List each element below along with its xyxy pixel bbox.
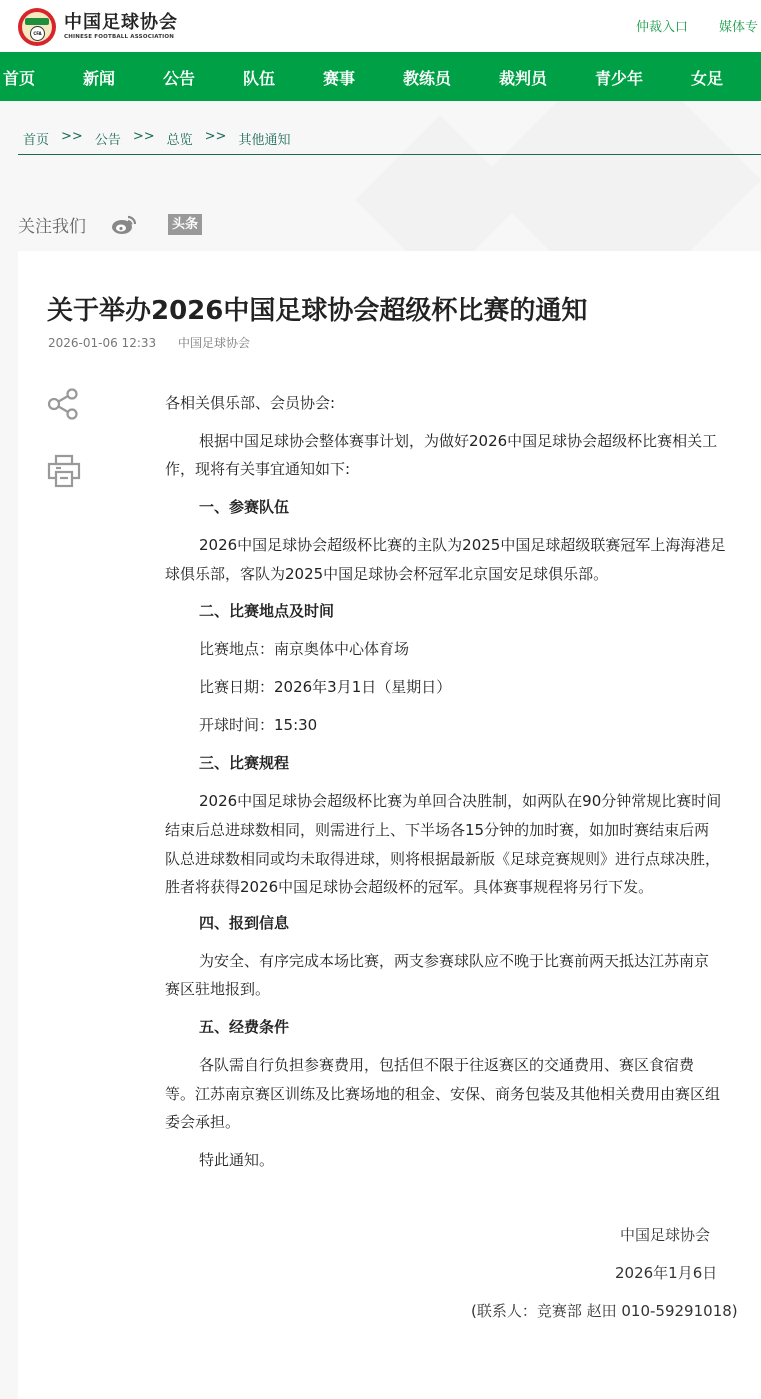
section-heading-registration: 四、报到信息 xyxy=(165,908,289,938)
cfa-badge-icon: CFA xyxy=(18,8,56,46)
kickoff-time: 开球时间：15:30 xyxy=(165,710,317,740)
logo-title-cn: 中国足球协会 xyxy=(64,13,178,33)
rules-paragraph-cont: 胜者将获得2026中国足球协会超级杯的冠军。具体赛事规程将另行下发。 xyxy=(165,872,653,902)
signature-date: 2026年1月6日 xyxy=(615,1258,717,1288)
nav-home[interactable]: 首页 xyxy=(3,66,35,89)
follow-us-label: 关注我们 xyxy=(18,212,86,237)
rules-paragraph: 2026中国足球协会超级杯比赛为单回合决胜制，如两队在90分钟常规比赛时间 xyxy=(165,786,721,816)
teams-paragraph: 2026中国足球协会超级杯比赛的主队为2025中国足球超级联赛冠军上海海港足 xyxy=(165,530,725,560)
signature-org: 中国足球协会 xyxy=(620,1220,710,1250)
teams-paragraph-cont: 球俱乐部，客队为2025中国足球协会杯冠军北京国安足球俱乐部。 xyxy=(165,559,608,589)
match-date: 比赛日期：2026年3月1日（星期日） xyxy=(165,672,451,702)
section-heading-expenses: 五、经费条件 xyxy=(165,1012,289,1042)
registration-paragraph: 为安全、有序完成本场比赛，两支参赛球队应不晚于比赛前两天抵达江苏南京 xyxy=(165,946,709,976)
closing: 特此通知。 xyxy=(165,1145,274,1175)
breadcrumb-announcements[interactable]: 公告 xyxy=(95,129,121,148)
section-heading-rules: 三、比赛规程 xyxy=(165,748,289,778)
article-title: 关于举办2026中国足球协会超级杯比赛的通知 xyxy=(47,290,587,327)
nav-announcements[interactable]: 公告 xyxy=(163,66,195,89)
top-links: 仲裁入口 媒体专 xyxy=(636,16,761,35)
breadcrumb-other-notices[interactable]: 其他通知 xyxy=(238,129,290,148)
cfa-logo[interactable]: CFA 中国足球协会 CHINESE FOOTBALL ASSOCIATION xyxy=(18,8,178,46)
rules-paragraph-cont: 结束后总进球数相同，则需进行上、下半场各15分钟的加时赛，如加时赛结束后两 xyxy=(165,815,709,845)
nav-women[interactable]: 女足 xyxy=(691,66,723,89)
section-heading-venue-time: 二、比赛地点及时间 xyxy=(165,596,334,626)
nav-youth[interactable]: 青少年 xyxy=(595,66,643,89)
venue: 比赛地点：南京奥体中心体育场 xyxy=(165,634,409,664)
registration-paragraph-cont: 赛区驻地报到。 xyxy=(165,974,270,1004)
toutiao-icon[interactable]: 头条 xyxy=(168,214,202,235)
weibo-icon[interactable] xyxy=(111,213,139,239)
nav-news[interactable]: 新闻 xyxy=(83,66,115,89)
article-source: 中国足球协会 xyxy=(178,336,250,350)
article-date: 2026-01-06 12:33 xyxy=(48,336,156,350)
article-meta: 2026-01-06 12:33 中国足球协会 xyxy=(48,334,250,351)
site-header: CFA 中国足球协会 CHINESE FOOTBALL ASSOCIATION … xyxy=(0,0,761,52)
main-nav: 首页 新闻 公告 队伍 赛事 教练员 裁判员 青少年 女足 xyxy=(0,52,761,101)
logo-title-en: CHINESE FOOTBALL ASSOCIATION xyxy=(64,33,178,41)
media-link[interactable]: 媒体专 xyxy=(719,16,758,35)
greeting: 各相关俱乐部、会员协会: xyxy=(165,388,335,418)
breadcrumb: 首页 >> 公告 >> 总览 >> 其他通知 xyxy=(23,129,290,148)
breadcrumb-separator: >> xyxy=(61,129,83,148)
share-icon[interactable] xyxy=(47,388,79,424)
section-heading-teams: 一、参赛队伍 xyxy=(165,492,289,522)
intro-paragraph: 根据中国足球协会整体赛事计划，为做好2026中国足球协会超级杯比赛相关工 xyxy=(165,426,717,456)
breadcrumb-home[interactable]: 首页 xyxy=(23,129,49,148)
expenses-paragraph-cont: 委会承担。 xyxy=(165,1107,240,1137)
arbitration-link[interactable]: 仲裁入口 xyxy=(636,16,688,35)
breadcrumb-divider xyxy=(18,154,761,155)
expenses-paragraph-cont: 等。江苏南京赛区训练及比赛场地的租金、安保、商务包装及其他相关费用由赛区组 xyxy=(165,1079,720,1109)
nav-referees[interactable]: 裁判员 xyxy=(499,66,547,89)
breadcrumb-separator: >> xyxy=(133,129,155,148)
rules-paragraph-cont: 队总进球数相同或均未取得进球，则将根据最新版《足球竞赛规则》进行点球决胜， xyxy=(165,844,720,874)
breadcrumb-separator: >> xyxy=(205,129,227,148)
contact-info: (联系人：竞赛部 赵田 010-59291018) xyxy=(471,1296,738,1326)
breadcrumb-overview[interactable]: 总览 xyxy=(167,129,193,148)
nav-coaches[interactable]: 教练员 xyxy=(403,66,451,89)
print-icon[interactable] xyxy=(47,454,81,492)
nav-teams[interactable]: 队伍 xyxy=(243,66,275,89)
article-card: 关于举办2026中国足球协会超级杯比赛的通知 2026-01-06 12:33 … xyxy=(18,251,761,1399)
nav-competitions[interactable]: 赛事 xyxy=(323,66,355,89)
expenses-paragraph: 各队需自行负担参赛费用，包括但不限于往返赛区的交通费用、赛区食宿费 xyxy=(165,1050,694,1080)
intro-paragraph-cont: 作，现将有关事宜通知如下: xyxy=(165,454,350,484)
